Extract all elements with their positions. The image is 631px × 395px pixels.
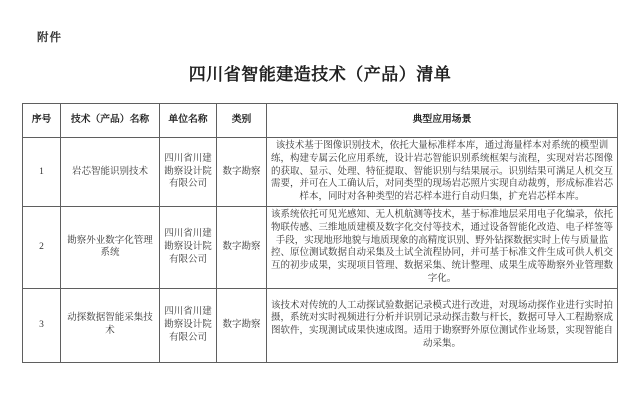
cell-no: 2 — [23, 206, 61, 288]
document-page: 附件 四川省智能建造技术（产品）清单 序号 技术（产品）名称 单位名称 类别 典… — [0, 0, 631, 395]
cell-no: 1 — [23, 138, 61, 207]
table-row: 2 勘察外业数字化管理系统 四川省川建勘察设计院有限公司 数字勘察 该系统依托可… — [23, 206, 618, 288]
table-header-row: 序号 技术（产品）名称 单位名称 类别 典型应用场景 — [23, 104, 618, 138]
attachment-label: 附件 — [37, 29, 62, 45]
cell-unit: 四川省川建勘察设计院有限公司 — [160, 138, 217, 207]
tech-list-table: 序号 技术（产品）名称 单位名称 类别 典型应用场景 1 岩芯智能识别技术 四川… — [22, 103, 618, 363]
cell-scenario: 该技术对传统的人工动探试验数据记录模式进行改进，对现场动探作业进行实时拍摄，系统… — [267, 288, 618, 362]
header-scenario: 典型应用场景 — [267, 104, 618, 138]
cell-category: 数字勘察 — [217, 206, 267, 288]
cell-unit: 四川省川建勘察设计院有限公司 — [160, 288, 217, 362]
cell-unit: 四川省川建勘察设计院有限公司 — [160, 206, 217, 288]
cell-category: 数字勘察 — [217, 288, 267, 362]
page-title: 四川省智能建造技术（产品）清单 — [0, 60, 631, 85]
table-row: 3 动探数据智能采集技术 四川省川建勘察设计院有限公司 数字勘察 该技术对传统的… — [23, 288, 618, 362]
header-no: 序号 — [23, 104, 61, 138]
cell-scenario: 该系统依托可见光感知、无人机航测等技术，基于标准地层采用电子化编录，依托物联传感… — [267, 206, 618, 288]
cell-scenario: 该技术基于图像识别技术，依托大量标准样本库，通过海量样本对系统的模型训练，构建专… — [267, 138, 618, 207]
header-unit: 单位名称 — [160, 104, 217, 138]
table-row: 1 岩芯智能识别技术 四川省川建勘察设计院有限公司 数字勘察 该技术基于图像识别… — [23, 138, 618, 207]
cell-name: 动探数据智能采集技术 — [61, 288, 160, 362]
cell-no: 3 — [23, 288, 61, 362]
cell-name: 岩芯智能识别技术 — [61, 138, 160, 207]
cell-category: 数字勘察 — [217, 138, 267, 207]
cell-name: 勘察外业数字化管理系统 — [61, 206, 160, 288]
header-name: 技术（产品）名称 — [61, 104, 160, 138]
header-category: 类别 — [217, 104, 267, 138]
